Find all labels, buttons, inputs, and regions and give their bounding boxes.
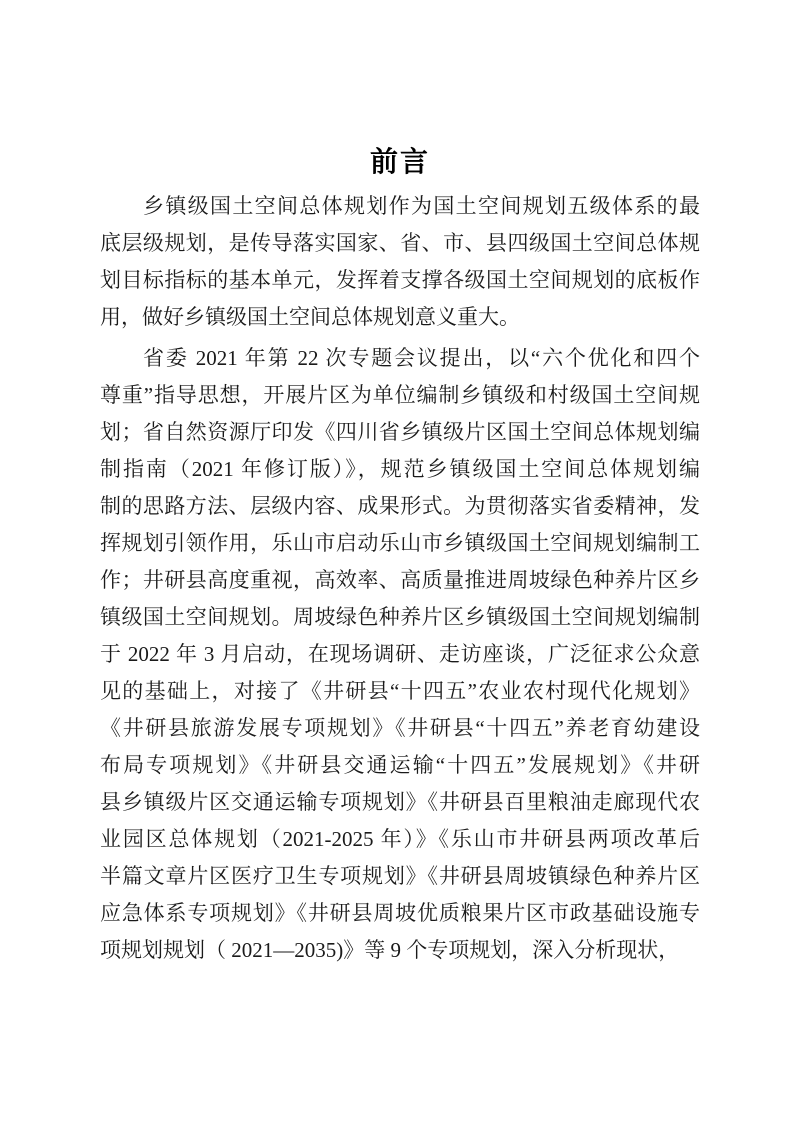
text-line: 划；省自然资源厅印发《四川省乡镇级片区国土空间总体规划编 (100, 414, 700, 451)
text-line: 挥规划引领作用，乐山市启动乐山市乡镇级国土空间规划编制工 (100, 525, 700, 562)
text-line: 划目标指标的基本单元，发挥着支撑各级国土空间规划的底板作 (100, 262, 700, 299)
text-line: 省委 2021 年第 22 次专题会议提出，以“六个优化和四个 (100, 340, 700, 377)
text-line: 制指南（2021 年修订版）》，规范乡镇级国土空间总体规划编 (100, 451, 700, 488)
text-line: 底层级规划，是传导落实国家、省、市、县四级国土空间总体规 (100, 225, 700, 262)
text-line: 半篇文章片区医疗卫生专项规划》《井研县周坡镇绿色种养片区 (100, 858, 700, 895)
text-line: 乡镇级国土空间总体规划作为国土空间规划五级体系的最 (100, 188, 700, 225)
text-line: 用，做好乡镇级国土空间总体规划意义重大。 (100, 299, 700, 336)
text-line: 作；井研县高度重视，高效率、高质量推进周坡绿色种养片区乡 (100, 562, 700, 599)
text-line: 制的思路方法、层级内容、成果形式。为贯彻落实省委精神，发 (100, 488, 700, 525)
text-line: 应急体系专项规划》《井研县周坡优质粮果片区市政基础设施专 (100, 895, 700, 932)
document-page: 前言 乡镇级国土空间总体规划作为国土空间规划五级体系的最底层级规划，是传导落实国… (0, 0, 800, 1133)
paragraph: 乡镇级国土空间总体规划作为国土空间规划五级体系的最底层级规划，是传导落实国家、省… (100, 188, 700, 336)
text-line: 县乡镇级片区交通运输专项规划》《井研县百里粮油走廊现代农 (100, 784, 700, 821)
text-line: 《井研县旅游发展专项规划》《井研县“十四五”养老育幼建设 (100, 710, 700, 747)
text-line: 于 2022 年 3 月启动，在现场调研、走访座谈，广泛征求公众意 (100, 636, 700, 673)
paragraph: 省委 2021 年第 22 次专题会议提出，以“六个优化和四个尊重”指导思想，开… (100, 340, 700, 969)
document-title: 前言 (0, 146, 800, 178)
text-line: 镇级国土空间规划。周坡绿色种养片区乡镇级国土空间规划编制 (100, 599, 700, 636)
text-line: 尊重”指导思想，开展片区为单位编制乡镇级和村级国土空间规 (100, 377, 700, 414)
text-line: 见的基础上，对接了《井研县“十四五”农业农村现代化规划》 (100, 673, 700, 710)
text-line: 业园区总体规划（2021-2025 年）》《乐山市井研县两项改革后 (100, 821, 700, 858)
text-line: 布局专项规划》《井研县交通运输“十四五”发展规划》《井研 (100, 747, 700, 784)
document-body: 乡镇级国土空间总体规划作为国土空间规划五级体系的最底层级规划，是传导落实国家、省… (100, 188, 700, 969)
text-line: 项规划规划（ 2021—2035)》等 9 个专项规划，深入分析现状， (100, 932, 700, 969)
